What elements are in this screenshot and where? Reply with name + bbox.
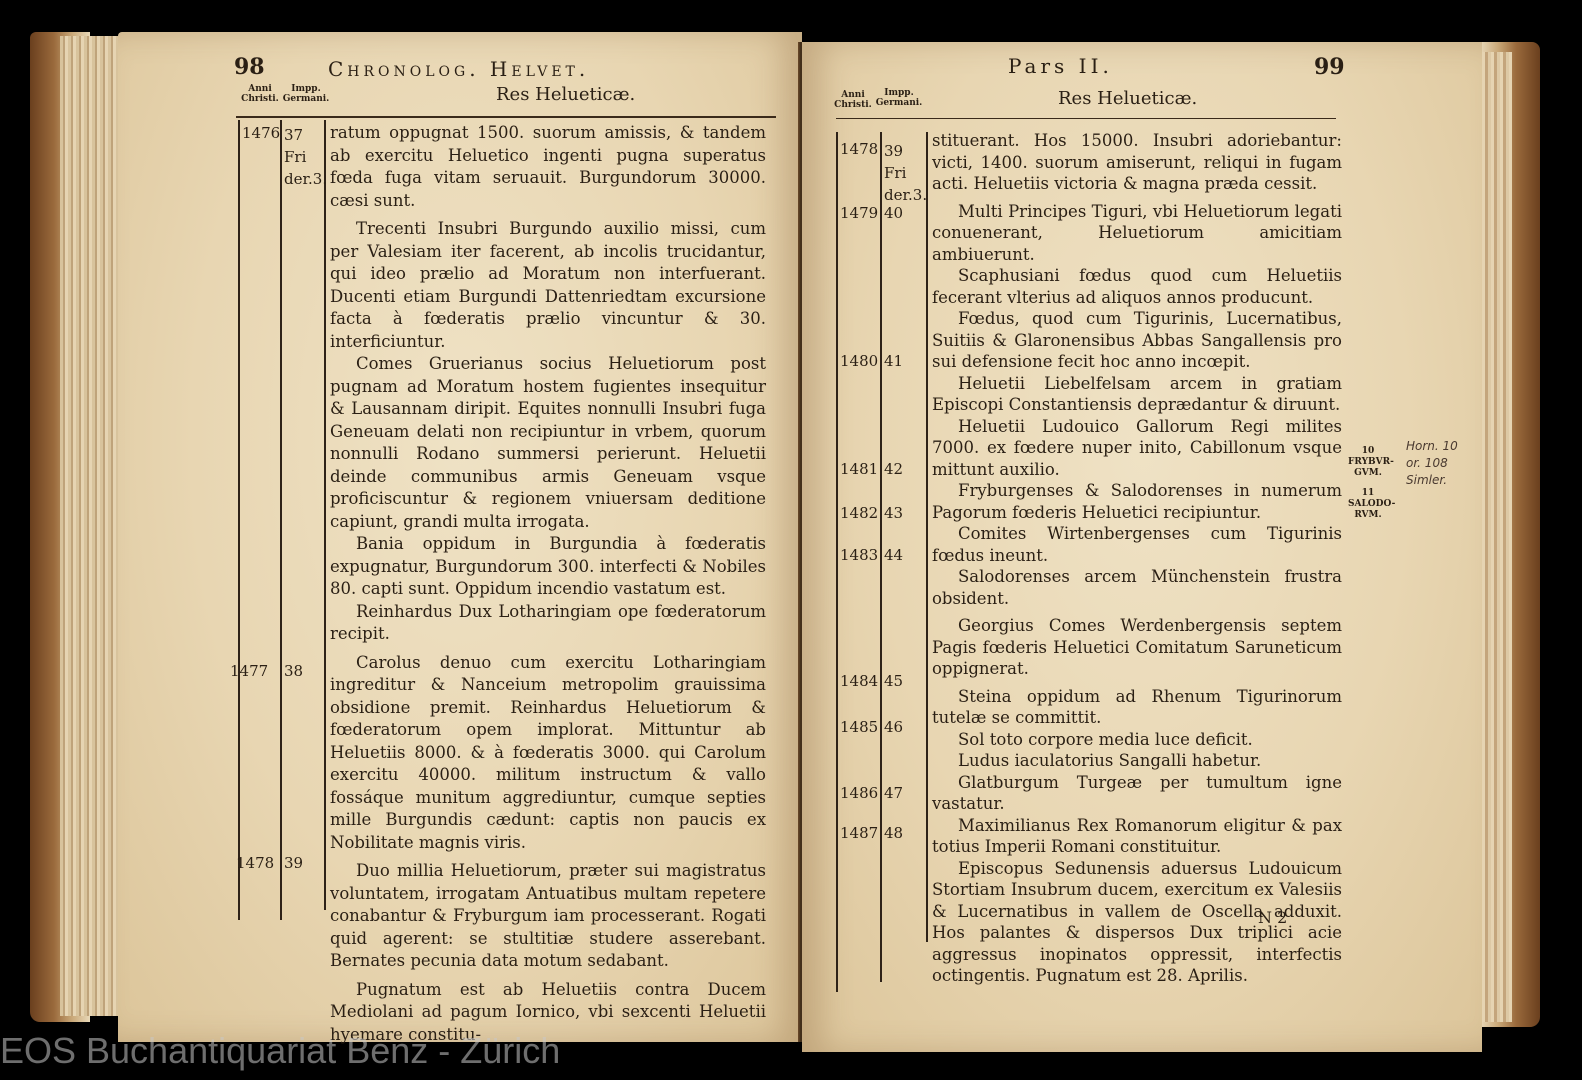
paragraph: Carolus denuo cum exercitu Lotharingiam …	[330, 652, 766, 855]
year-entry: 1485	[840, 718, 878, 736]
emperor-entry: 39	[284, 854, 303, 872]
margin-note: 11 SALODO-RVM.	[1348, 488, 1388, 521]
margin-note-number: 11	[1348, 488, 1388, 499]
emperor-entry: 39 Fri der.3.	[884, 140, 928, 206]
year-entry: 1484	[840, 672, 878, 690]
year-entry: 1478	[236, 854, 274, 872]
paragraph: Salodorenses arcem Münchenstein frustra …	[932, 566, 1342, 609]
left-page: 98 Chronolog. Helvet. Anni Christi. Impp…	[118, 32, 802, 1042]
emperor-entry: 41	[884, 352, 903, 370]
running-head: Pars II.	[1008, 54, 1113, 78]
paragraph: Multi Principes Tiguri, vbi Heluetiorum …	[932, 201, 1342, 266]
handwritten-annotation: Horn. 10 or. 108 Simler.	[1406, 438, 1468, 489]
paragraph: Reinhardus Dux Lotharingiam ope fœderato…	[330, 601, 766, 646]
paragraph: stituerant. Hos 15000. Insubri adorieban…	[932, 130, 1342, 195]
col-head-anni: Anni Christi.	[834, 90, 872, 110]
emperor-entry: 38	[284, 662, 303, 680]
emperor-entry: 48	[884, 824, 903, 842]
year-entry: 1482	[840, 504, 878, 522]
paragraph: Duo millia Heluetiorum, præter sui magis…	[330, 860, 766, 973]
emperor-entry: 40	[884, 204, 903, 222]
paragraph: Trecenti Insubri Burgundo auxilio missi,…	[330, 218, 766, 353]
paragraph: Comes Gruerianus socius Heluetiorum post…	[330, 353, 766, 533]
paragraph: Steina oppidum ad Rhenum Tigurinorum tut…	[932, 686, 1342, 729]
section-subhead: Res Helueticæ.	[1058, 88, 1197, 109]
paragraph: Scaphusiani fœdus quod cum Heluetiis fec…	[932, 265, 1342, 308]
running-head: Chronolog. Helvet.	[328, 57, 589, 81]
emperor-entry: 47	[884, 784, 903, 802]
emperor-entry: 37 Fri der.3.	[284, 124, 328, 190]
year-entry: 1477	[230, 662, 268, 680]
column-rule	[324, 120, 326, 910]
page-edges-left	[60, 36, 120, 1016]
year-entry: 1479	[840, 204, 878, 222]
column-rule	[926, 132, 928, 942]
emperor-entry: 43	[884, 504, 903, 522]
year-entry: 1478	[840, 140, 878, 158]
year-entry: 1486	[840, 784, 878, 802]
margin-note: 10 FRYBVR-GVM.	[1348, 446, 1388, 479]
column-rule	[280, 120, 282, 920]
open-book: 98 Chronolog. Helvet. Anni Christi. Impp…	[30, 22, 1540, 1042]
paragraph: Sol toto corpore media luce deficit.	[932, 729, 1342, 751]
year-entry: 1487	[840, 824, 878, 842]
page-number: 99	[1314, 54, 1345, 80]
paragraph: Fœdus, quod cum Tigurinis, Lucernatibus,…	[932, 308, 1342, 373]
paragraph: Ludus iaculatorius Sangalli habetur.	[932, 750, 1342, 772]
column-rule	[880, 132, 882, 982]
margin-note-number: 10	[1348, 446, 1388, 457]
year-entry: 1483	[840, 546, 878, 564]
signature-mark: N 2	[1258, 908, 1287, 927]
column-rule	[836, 132, 838, 992]
col-head-impp: Impp. Germani.	[282, 84, 330, 104]
margin-note-label: FRYBVR-GVM.	[1348, 457, 1388, 479]
col-head-anni: Anni Christi.	[240, 84, 280, 104]
col-head-impp: Impp. Germani.	[874, 88, 924, 108]
paragraph: Bania oppidum in Burgundia à fœderatis e…	[330, 533, 766, 601]
section-subhead: Res Helueticæ.	[496, 84, 635, 105]
paragraph: Heluetii Ludouico Gallorum Regi milites …	[932, 416, 1342, 481]
paragraph: Georgius Comes Werdenbergensis septem Pa…	[932, 615, 1342, 680]
right-page: Pars II. 99 Anni Christi. Impp. Germani.…	[802, 42, 1482, 1052]
margin-note-label: SALODO-RVM.	[1348, 499, 1388, 521]
column-rule	[238, 120, 240, 920]
page-number: 98	[234, 54, 265, 80]
paragraph: Comites Wirtenbergenses cum Tigurinis fœ…	[932, 523, 1342, 566]
year-entry: 1476	[242, 124, 280, 142]
emperor-entry: 45	[884, 672, 903, 690]
paragraph: Glatburgum Turgeæ per tumultum igne vast…	[932, 772, 1342, 815]
emperor-entry: 46	[884, 718, 903, 736]
year-entry: 1481	[840, 460, 878, 478]
body-text: stituerant. Hos 15000. Insubri adorieban…	[932, 130, 1342, 987]
header-rule	[836, 118, 1336, 119]
header-rule	[236, 116, 776, 118]
watermark: EOS Buchantiquariat Benz - Zürich	[0, 1030, 560, 1072]
paragraph: Heluetii Liebelfelsam arcem in gratiam E…	[932, 373, 1342, 416]
year-entry: 1480	[840, 352, 878, 370]
paragraph: Maximilianus Rex Romanorum eligitur & pa…	[932, 815, 1342, 858]
body-text: ratum oppugnat 1500. suorum amissis, & t…	[330, 122, 766, 1046]
emperor-entry: 44	[884, 546, 903, 564]
emperor-entry: 42	[884, 460, 903, 478]
paragraph: Fryburgenses & Salodorenses in numerum P…	[932, 480, 1342, 523]
paragraph: ratum oppugnat 1500. suorum amissis, & t…	[330, 122, 766, 212]
